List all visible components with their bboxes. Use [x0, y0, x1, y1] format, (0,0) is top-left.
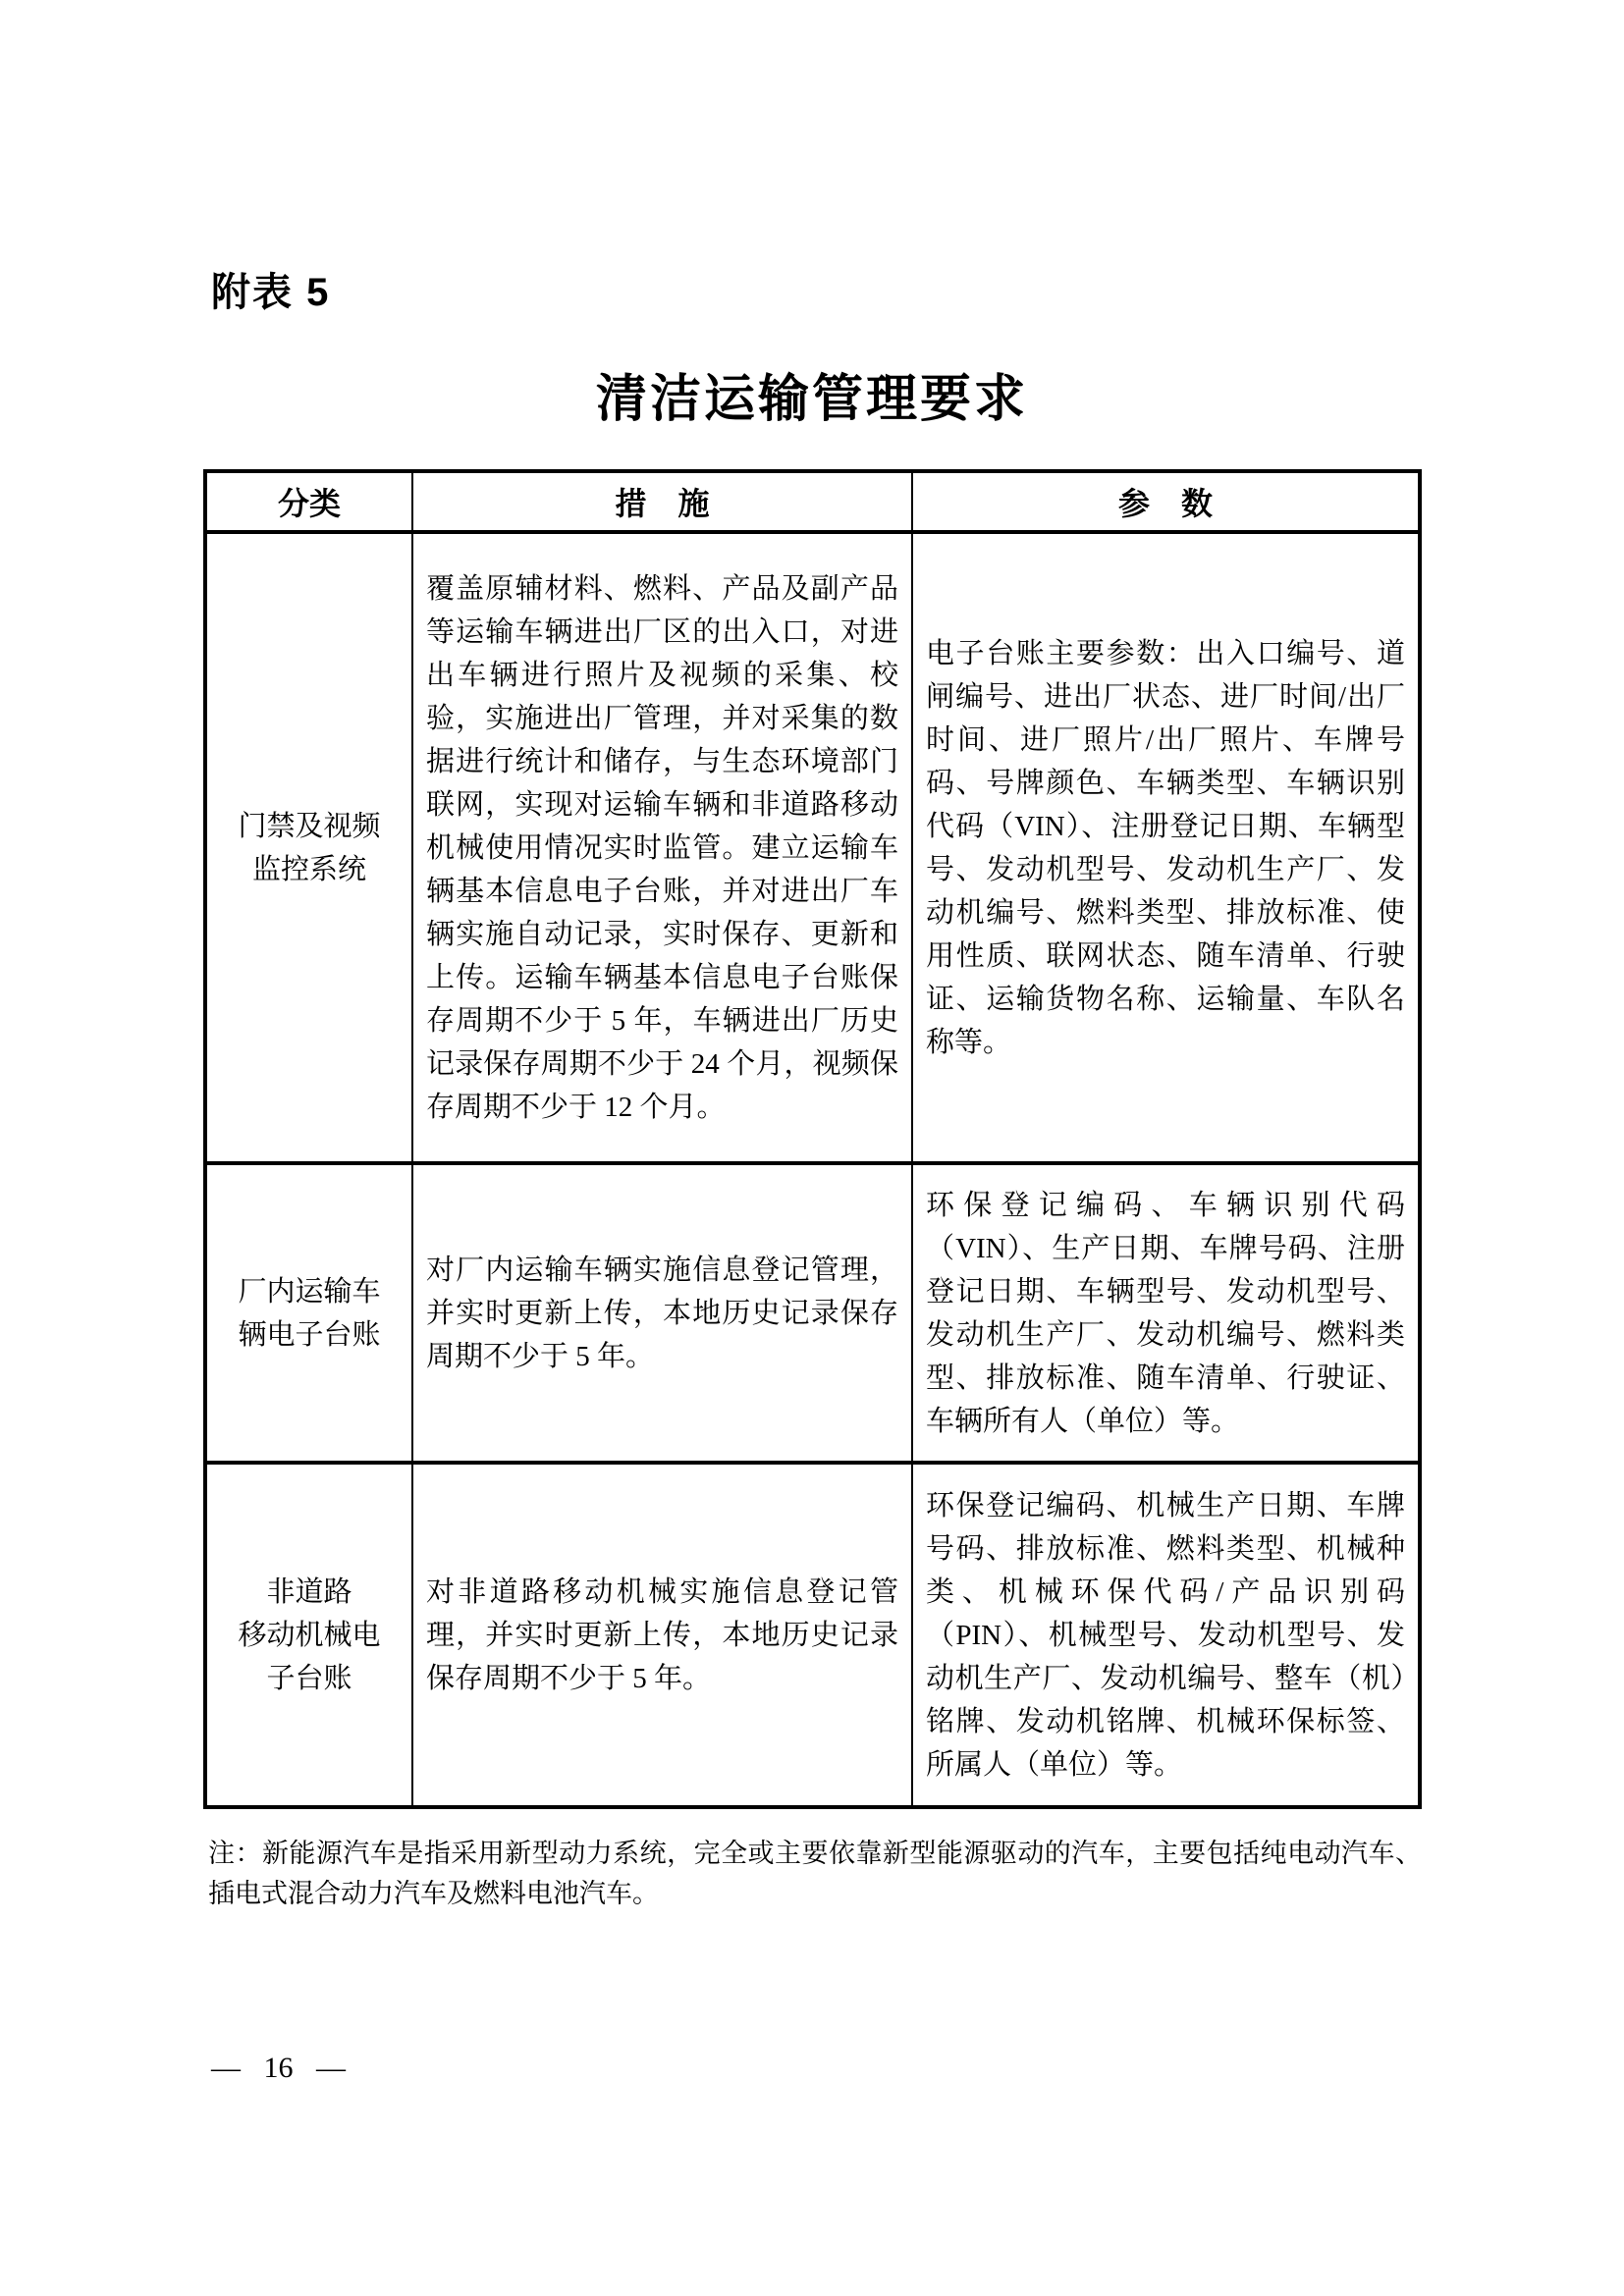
row1-measures-cell: 覆盖原辅材料、燃料、产品及副产品等运输车辆进出厂区的出入口，对进出车辆进行照片及… — [413, 534, 911, 1161]
measures-text: 对非道路移动机械实施信息登记管理，并实时更新上传，本地历史记录保存周期不少于 5… — [426, 1571, 898, 1700]
parameters-text: 环保登记编码、机械生产日期、车牌号码、排放标准、燃料类型、机械种类、机械环保代码… — [926, 1484, 1405, 1787]
page-title: 清洁运输管理要求 — [0, 357, 1624, 431]
row3-measures-cell: 对非道路移动机械实施信息登记管理，并实时更新上传，本地历史记录保存周期不少于 5… — [413, 1465, 911, 1805]
category-line: 移动机械电 — [238, 1614, 380, 1657]
row2-measures-cell: 对厂内运输车辆实施信息登记管理，并实时更新上传，本地历史记录保存周期不少于 5 … — [413, 1165, 911, 1461]
row2-parameters-cell: 环保登记编码、车辆识别代码（VIN）、生产日期、车牌号码、注册登记日期、车辆型号… — [913, 1165, 1418, 1461]
row1-parameters-cell: 电子台账主要参数：出入口编号、道闸编号、进出厂状态、进厂时间/出厂时间、进厂照片… — [913, 534, 1418, 1161]
measures-text: 对厂内运输车辆实施信息登记管理，并实时更新上传，本地历史记录保存周期不少于 5 … — [426, 1249, 898, 1378]
category-line: 门禁及视频 — [238, 805, 380, 848]
header-cell-category: 分类 — [207, 473, 411, 530]
management-requirements-table: 分类 措 施 参 数 门禁及视频 监控系统 覆盖原辅材料、燃料、产品及副产品等运… — [203, 469, 1422, 1809]
measures-text: 覆盖原辅材料、燃料、产品及副产品等运输车辆进出厂区的出入口，对进出车辆进行照片及… — [426, 567, 898, 1129]
row3-category-cell: 非道路 移动机械电 子台账 — [207, 1465, 411, 1805]
footnote: 注：新能源汽车是指采用新型动力系统，完全或主要依靠新型能源驱动的汽车，主要包括纯… — [208, 1834, 1422, 1914]
category-line: 厂内运输车 — [238, 1270, 380, 1313]
category-line: 非道路 — [266, 1571, 352, 1614]
parameters-text: 电子台账主要参数：出入口编号、道闸编号、进出厂状态、进厂时间/出厂时间、进厂照片… — [926, 632, 1405, 1064]
category-line: 子台账 — [266, 1657, 352, 1700]
header-cell-measure: 措 施 — [413, 473, 911, 530]
header-cell-parameter: 参 数 — [913, 473, 1418, 530]
parameters-text: 环保登记编码、车辆识别代码（VIN）、生产日期、车牌号码、注册登记日期、车辆型号… — [926, 1184, 1405, 1443]
row3-parameters-cell: 环保登记编码、机械生产日期、车牌号码、排放标准、燃料类型、机械种类、机械环保代码… — [913, 1465, 1418, 1805]
table-label: 附表 5 — [211, 261, 330, 317]
category-line: 监控系统 — [252, 848, 366, 891]
document-page: 附表 5 清洁运输管理要求 分类 措 施 参 数 门禁及视频 监控系统 覆盖原辅… — [0, 0, 1624, 2296]
category-line: 辆电子台账 — [238, 1313, 380, 1357]
row2-category-cell: 厂内运输车 辆电子台账 — [207, 1165, 411, 1461]
page-number: — 16 — — [211, 2052, 346, 2085]
row1-category-cell: 门禁及视频 监控系统 — [207, 534, 411, 1161]
